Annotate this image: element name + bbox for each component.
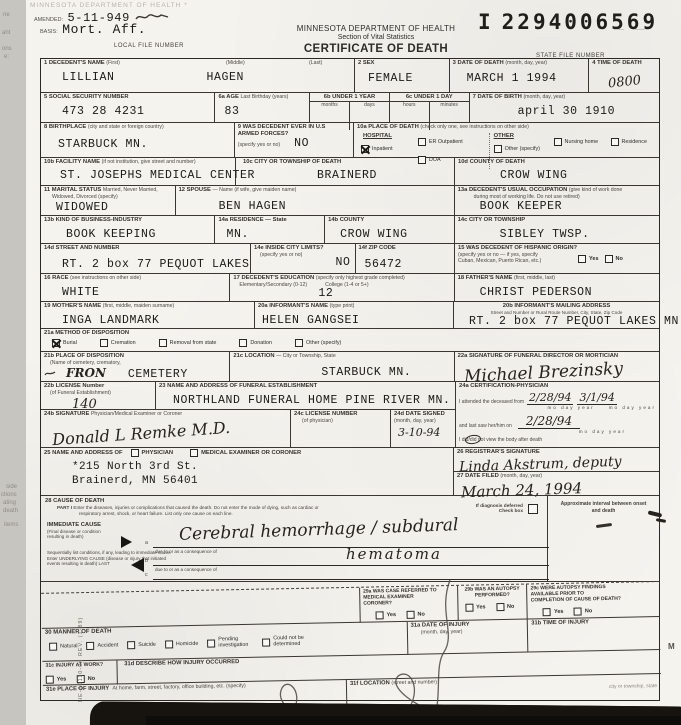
margin-fragment: ating bbox=[3, 500, 16, 506]
margin-fragment: ne bbox=[3, 12, 10, 18]
street-number-value: RT. 2 box 77 PEQUOT LAKES bbox=[62, 259, 247, 272]
margin-fragment: death bbox=[3, 508, 18, 514]
pen-scratch-curve bbox=[26, 0, 681, 725]
scanned-death-certificate: { "c": { "yes": "Yes", "no": "No", "mdy"… bbox=[0, 0, 681, 725]
margin-fragment: ctions bbox=[1, 492, 17, 498]
margin-fragment: ons bbox=[2, 46, 12, 52]
margin-fragment: e: bbox=[4, 54, 9, 60]
margin-fragment: items bbox=[4, 522, 18, 528]
informant-address-value: RT. 2 box 77 PEQUOT LAKES MN bbox=[469, 316, 656, 329]
margin-fragment: side bbox=[6, 484, 17, 490]
certificate-paper: MINNESOTA DEPARTMENT OF HEALTH * AMENDED… bbox=[26, 0, 681, 725]
margin-fragment: ant bbox=[2, 30, 10, 36]
facility-name-value: ST. JOSEPHS MEDICAL CENTER bbox=[60, 170, 232, 183]
cause-of-death-handwritten-line2: hematoma bbox=[346, 545, 442, 563]
scan-artifact-band-lower bbox=[146, 716, 681, 725]
